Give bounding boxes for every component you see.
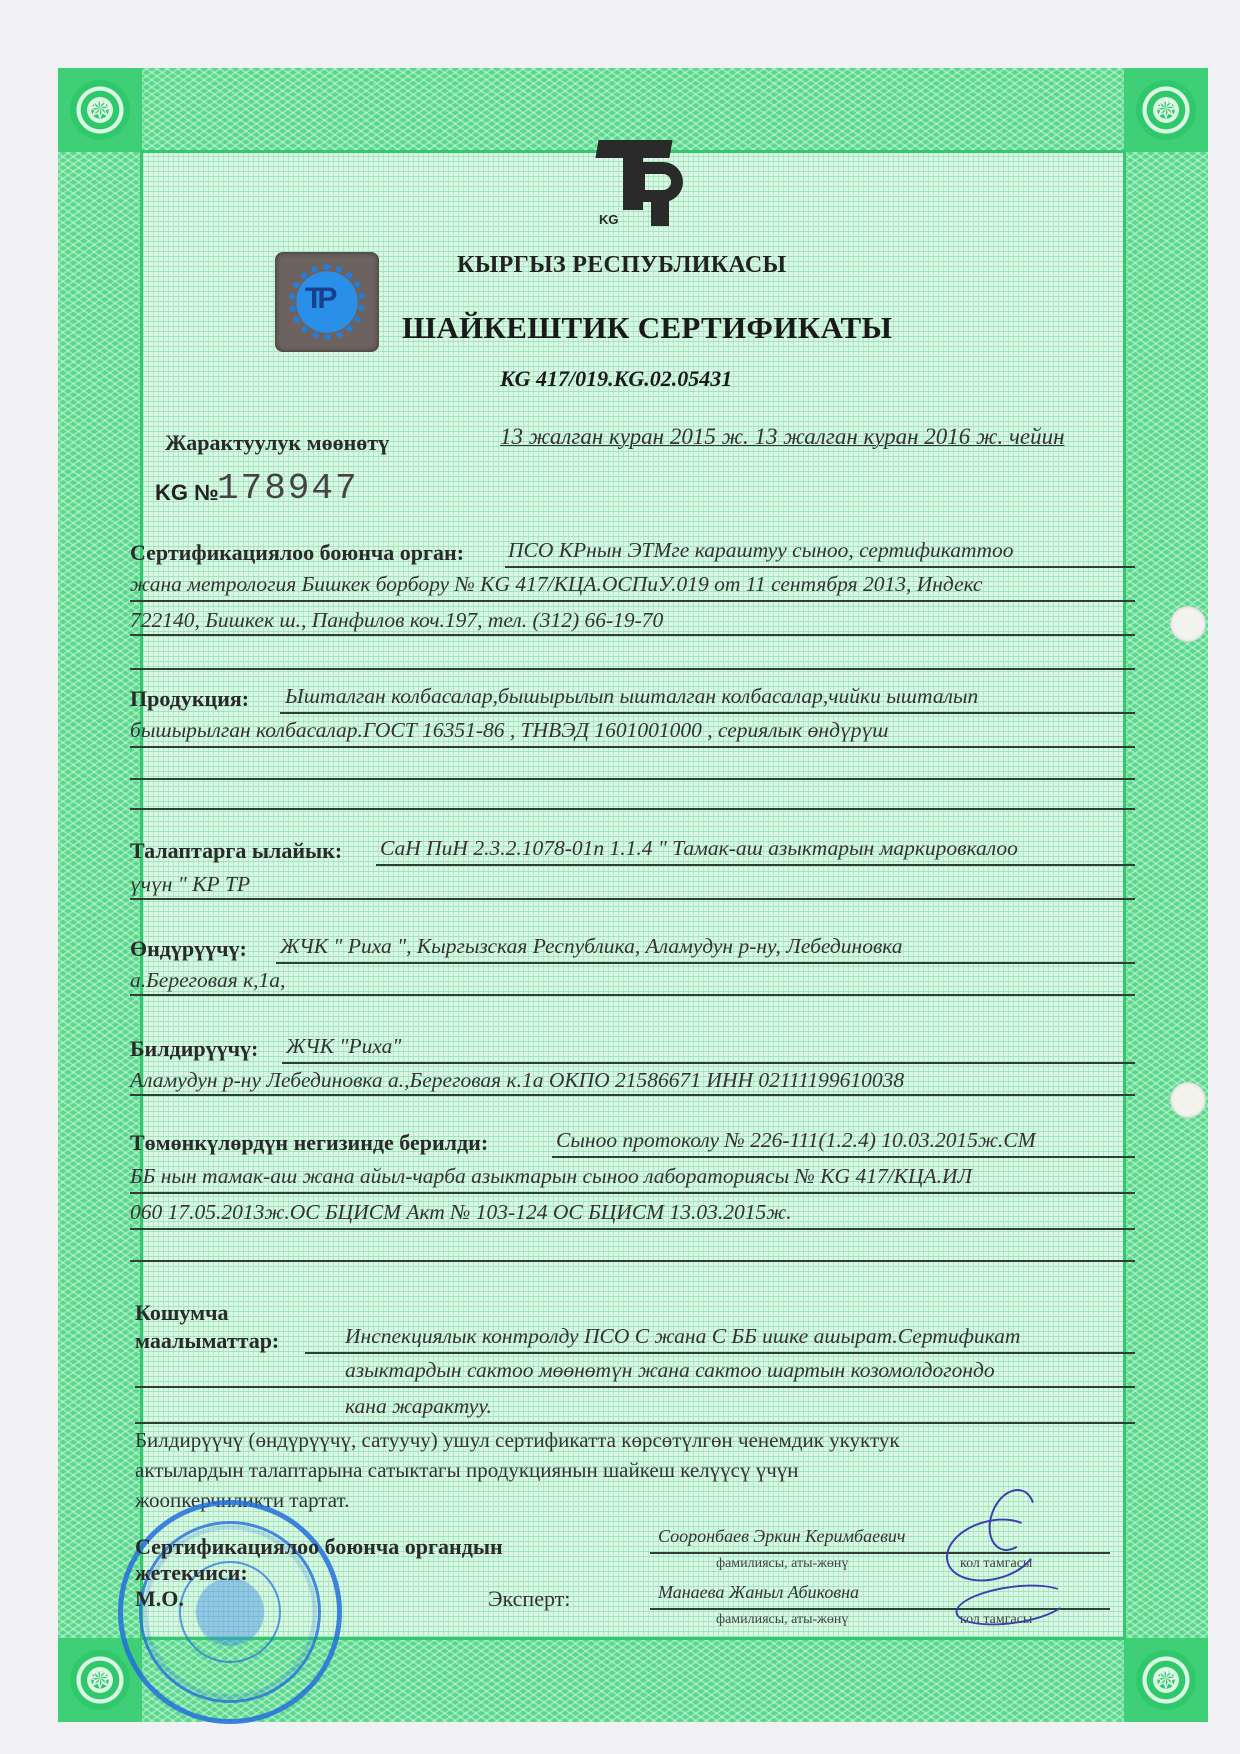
validity-value: 13 жалган куран 2015 ж. 13 жалган куран … (500, 424, 1065, 450)
rule (130, 634, 1135, 636)
corner-ornament-icon: ✵ (58, 68, 142, 152)
rule (130, 668, 1135, 670)
cert-body-label: Сертификациялоо боюнча орган: (130, 540, 464, 566)
cert-body-line-1: ПСО КРнын ЭТМге караштуу сыноо, сертифик… (508, 538, 1014, 563)
product-line-2: бышырылган колбасалар.ГОСТ 16351-86 , ТН… (130, 718, 888, 743)
corner-ornament-icon: ✵ (1124, 68, 1208, 152)
expert-label: Эксперт: (488, 1586, 570, 1612)
rule (130, 778, 1135, 780)
manufacturer-line-2: а.Береговая к,1а, (130, 968, 285, 993)
validity-label: Жарактуулук мөөнөтү (165, 430, 389, 456)
expert-name: Манаева Жаныл Абиковна (658, 1582, 859, 1603)
rule (650, 1552, 1110, 1554)
rule (130, 1260, 1135, 1262)
rule (130, 746, 1135, 748)
basis-line-1: Сыноо протоколу № 226-111(1.2.4) 10.03.2… (556, 1128, 1036, 1153)
serial-number: 178947 (217, 468, 359, 509)
expert-name-caption: фамилиясы, аты-жөнү (716, 1612, 848, 1628)
rule (130, 1228, 1135, 1230)
serial-prefix: KG № (155, 480, 219, 506)
rule (135, 1386, 1135, 1388)
basis-line-3: 060 17.05.2013ж.ОС БЦИСМ Акт № 103-124 О… (130, 1200, 792, 1225)
seal-label: М.О. (135, 1586, 184, 1612)
rule (376, 864, 1135, 866)
statement-line-2: актылардын талаптарына сатыктагы продукц… (135, 1458, 799, 1483)
requirements-line-1: СаН ПиН 2.3.2.1078-01п 1.1.4 " Тамак-аш … (380, 836, 1018, 861)
manufacturer-label: Өндүрүүчү: (130, 936, 247, 962)
additional-line-3: кана жарактуу. (345, 1394, 492, 1419)
head-label-2: жетекчиси: (135, 1560, 248, 1586)
tp-kg-logo-icon: KG (597, 140, 687, 220)
rule (135, 1422, 1135, 1424)
hologram-seal-icon: TP (275, 252, 379, 352)
rule (130, 898, 1135, 900)
certificate-code: KG 417/019.KG.02.05431 (500, 366, 732, 392)
additional-line-2: азыктардын сактоо мөөнөтүн жана сактоо ш… (345, 1358, 995, 1383)
rule (276, 962, 1135, 964)
rule (130, 600, 1135, 602)
head-name: Сооронбаев Эркин Керимбаевич (658, 1526, 905, 1547)
rule (130, 1094, 1135, 1096)
rule (130, 1192, 1135, 1194)
basis-label: Төмөнкүлөрдүн негизинде берилди: (130, 1130, 488, 1156)
head-name-caption: фамилиясы, аты-жөнү (716, 1556, 848, 1572)
requirements-line-2: үчүн " КР ТР (130, 872, 250, 897)
cert-body-line-3: 722140, Бишкек ш., Панфилов коч.197, тел… (130, 608, 663, 633)
manufacturer-line-1: ЖЧК " Риха ", Кыргызская Республика, Ала… (280, 934, 903, 959)
rule (552, 1156, 1135, 1158)
rule (505, 566, 1135, 568)
declarant-line-1: ЖЧК "Риха" (286, 1034, 401, 1059)
document-title: ШАЙКЕШТИК СЕРТИФИКАТЫ (402, 310, 892, 346)
punch-hole (1170, 606, 1206, 642)
additional-label-2: маалыматтар: (135, 1328, 279, 1354)
rule (280, 712, 1135, 714)
rule (130, 994, 1135, 996)
declarant-label: Билдирүүчү: (130, 1036, 258, 1062)
requirements-label: Талаптарга ылайык: (130, 838, 342, 864)
corner-ornament-icon: ✵ (1124, 1638, 1208, 1722)
statement-line-1: Билдирүүчү (өндүрүүчү, сатуучу) ушул сер… (135, 1428, 900, 1453)
rule (282, 1062, 1135, 1064)
head-label-1: Сертификациялоо боюнча органдын (135, 1534, 503, 1560)
basis-line-2: ББ нын тамак-аш жана айыл-чарба азыктары… (130, 1164, 972, 1189)
country-title: КЫРГЫЗ РЕСПУБЛИКАСЫ (457, 252, 786, 279)
cert-body-line-2: жана метрология Бишкек борбору № KG 417/… (130, 572, 982, 597)
rule (130, 808, 1135, 810)
punch-hole (1170, 1082, 1206, 1118)
rule (305, 1352, 1135, 1354)
product-line-1: Ышталган колбасалар,бышырылып ышталган к… (285, 684, 978, 709)
additional-line-1: Инспекциялык контролду ПСО С жана С ББ и… (345, 1324, 1020, 1349)
additional-label-1: Кошумча (135, 1300, 229, 1326)
declarant-line-2: Аламудун р-ну Лебединовка а.,Береговая к… (130, 1068, 904, 1093)
product-label: Продукция: (130, 686, 249, 712)
